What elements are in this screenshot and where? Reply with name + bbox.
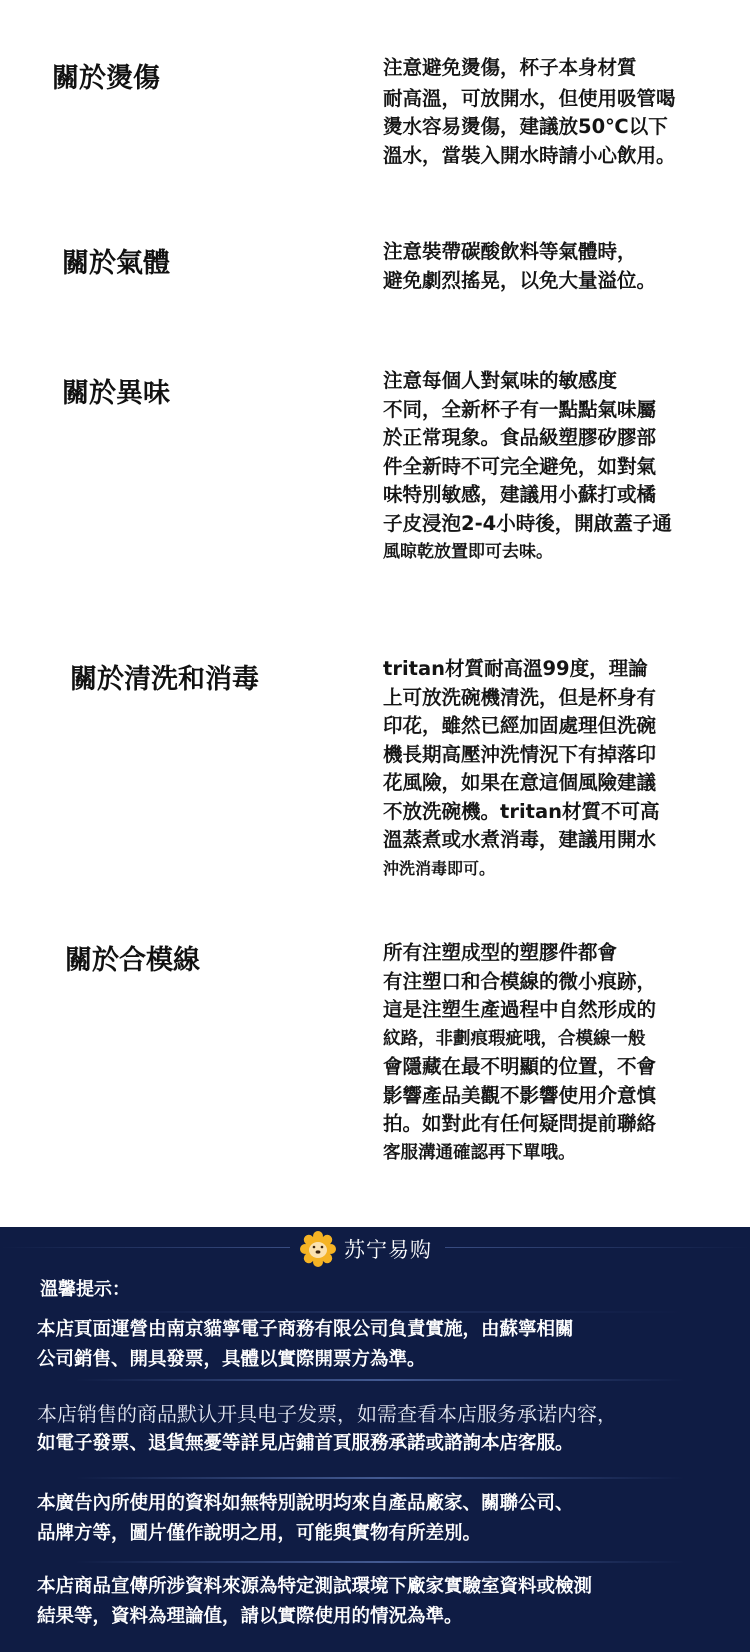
body-line: 這是注塑生產過程中自然形成的 xyxy=(383,996,703,1025)
body-line: 印花，雖然已經加固處理但洗碗 xyxy=(383,712,703,741)
body-line: 耐高溫，可放開水，但使用吸管喝 xyxy=(383,85,703,114)
notice-line: 品牌方等，圖片僅作說明之用，可能與實物有所差別。 xyxy=(37,1519,727,1549)
notice-line: 如電子發票、退貨無憂等詳見店鋪首頁服務承諾或諮詢本店客服。 xyxy=(37,1429,727,1459)
section-body: 注意裝帶碳酸飲料等氣體時， 避免劇烈搖晃，以免大量溢位。 xyxy=(383,238,703,295)
notice-line: 結果等，資料為理論值，請以實際使用的情況為準。 xyxy=(37,1602,727,1632)
brand-rule-left xyxy=(0,1247,290,1248)
section-body: 所有注塑成型的塑膠件都會 有注塑口和合模線的微小痕跡， 這是注塑生產過程中自然形… xyxy=(383,939,703,1167)
section-title: 關於異味 xyxy=(62,371,170,410)
notice-line: 公司銷售、開具發票，具體以實際開票方為準。 xyxy=(37,1345,727,1375)
divider xyxy=(75,1561,685,1563)
body-line: 會隱藏在最不明顯的位置，不會 xyxy=(383,1053,703,1082)
body-line: 機長期高壓沖洗情況下有掉落印 xyxy=(383,741,703,770)
body-line: tritan材質耐高溫99度，理論 xyxy=(383,655,703,684)
body-line: 件全新時不可完全避免，如對氣 xyxy=(383,453,703,482)
store-notice-footer: 苏宁易购 溫馨提示： 本店頁面運營由南京貓寧電子商務有限公司負責實施，由蘇寧相關… xyxy=(0,1227,750,1652)
product-notice-page: 關於燙傷 注意避免燙傷，杯子本身材質 耐高溫，可放開水，但使用吸管喝 燙水容易燙… xyxy=(0,0,750,1652)
notice-line: 本店商品宣傳所涉資料來源為特定測試環境下廠家實驗室資料或檢測 xyxy=(37,1572,727,1602)
divider xyxy=(75,1311,685,1313)
body-line: 子皮浸泡2-4小時後，開啟蓋子通 xyxy=(383,510,703,539)
body-line: 注意避免燙傷，杯子本身材質 xyxy=(383,54,703,83)
tip-label: 溫馨提示： xyxy=(40,1275,130,1301)
notice-line: 本店頁面運營由南京貓寧電子商務有限公司負責實施，由蘇寧相關 xyxy=(37,1315,727,1345)
body-line: 不放洗碗機。tritan材質不可高 xyxy=(383,798,703,827)
brand-rule-right xyxy=(445,1247,750,1248)
section-title: 關於燙傷 xyxy=(52,56,160,95)
notice-line: 本廣告內所使用的資料如無特別說明均來自產品廠家、關聯公司、 xyxy=(37,1489,727,1519)
notice-invoice: 本店销售的商品默认开具电子发票，如需查看本店服务承诺内容， 如電子發票、退貨無憂… xyxy=(37,1399,727,1459)
body-line: 於正常現象。食品級塑膠矽膠部 xyxy=(383,424,703,453)
body-line: 影響產品美觀不影響使用介意慎 xyxy=(383,1082,703,1111)
body-line: 燙水容易燙傷，建議放50℃以下 xyxy=(383,113,703,142)
section-title: 關於清洗和消毒 xyxy=(70,657,259,696)
brand-logo: 苏宁易购 xyxy=(300,1229,432,1269)
body-line: 客服溝通確認再下單哦。 xyxy=(383,1139,703,1168)
body-line: 沖洗消毒即可。 xyxy=(383,855,703,884)
notice-operator: 本店頁面運營由南京貓寧電子商務有限公司負責實施，由蘇寧相關 公司銷售、開具發票，… xyxy=(37,1315,727,1375)
body-line: 注意每個人對氣味的敏感度 xyxy=(383,367,703,396)
lion-logo-icon xyxy=(300,1231,336,1267)
notice-test-data: 本店商品宣傳所涉資料來源為特定測試環境下廠家實驗室資料或檢測 結果等，資料為理論… xyxy=(37,1572,727,1632)
body-line: 避免劇烈搖晃，以免大量溢位。 xyxy=(383,267,703,296)
body-line: 所有注塑成型的塑膠件都會 xyxy=(383,939,703,968)
body-line: 上可放洗碗機清洗，但是杯身有 xyxy=(383,684,703,713)
body-line: 風晾乾放置即可去味。 xyxy=(383,538,703,567)
section-body: 注意避免燙傷，杯子本身材質 耐高溫，可放開水，但使用吸管喝 燙水容易燙傷，建議放… xyxy=(383,54,703,170)
body-line: 花風險，如果在意這個風險建議 xyxy=(383,769,703,798)
section-title: 關於合模線 xyxy=(65,938,200,977)
section-title: 關於氣體 xyxy=(62,241,170,280)
brand-name: 苏宁易购 xyxy=(344,1234,432,1264)
body-line: 紋路，非劃痕瑕疵哦，合模線一般 xyxy=(383,1025,703,1054)
body-line: 注意裝帶碳酸飲料等氣體時， xyxy=(383,238,703,267)
section-body: tritan材質耐高溫99度，理論 上可放洗碗機清洗，但是杯身有 印花，雖然已經… xyxy=(383,655,703,883)
body-line: 不同，全新杯子有一點點氣味屬 xyxy=(383,396,703,425)
section-body: 注意每個人對氣味的敏感度 不同，全新杯子有一點點氣味屬 於正常現象。食品級塑膠矽… xyxy=(383,367,703,567)
divider xyxy=(75,1477,685,1479)
body-line: 有注塑口和合模線的微小痕跡， xyxy=(383,968,703,997)
notice-data-source: 本廣告內所使用的資料如無特別說明均來自產品廠家、關聯公司、 品牌方等，圖片僅作說… xyxy=(37,1489,727,1549)
body-line: 溫水，當裝入開水時請小心飲用。 xyxy=(383,142,703,171)
body-line: 拍。如對此有任何疑問提前聯絡 xyxy=(383,1110,703,1139)
body-line: 溫蒸煮或水煮消毒，建議用開水 xyxy=(383,826,703,855)
notice-line: 本店销售的商品默认开具电子发票，如需查看本店服务承诺内容， xyxy=(37,1399,727,1429)
divider xyxy=(75,1379,685,1381)
body-line: 味特別敏感，建議用小蘇打或橘 xyxy=(383,481,703,510)
